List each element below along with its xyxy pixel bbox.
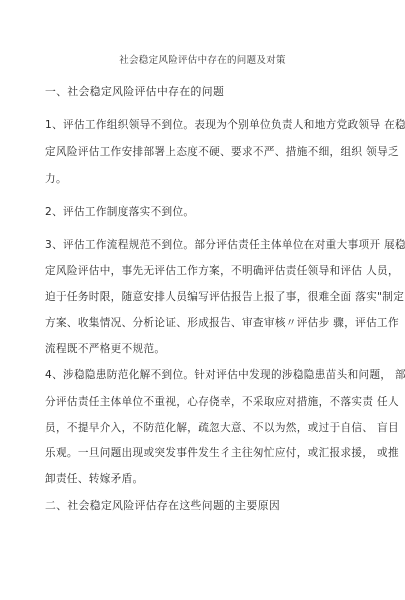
paragraph-4-line-5: 卸责任、转嫁矛盾。	[45, 472, 365, 486]
paragraph-3-line-4: 方案、收集情况、分析论证、形成报告、审查审核〃评估步 骤，评估工作	[45, 316, 365, 330]
document-page: 社会稳定风险评估中存在的问题及对策 一、社会稳定风险评估中存在的问题 1、评估工…	[0, 0, 405, 600]
paragraph-4-line-3: 员，不提早介入，不防范化解，疏忽大意、不以为然，或过于自信、 盲目	[45, 421, 365, 435]
paragraph-3-line-3: 迫于任务时限，随意安排人员编写评估报告上报了事，很难全面 落实"制定	[45, 290, 365, 304]
paragraph-3-line-2: 定风险评估中，事先无评估工作方案，不明确评估责任领导和评估 人员，	[45, 264, 365, 278]
section-heading-1: 一、社会稳定风险评估中存在的问题	[45, 85, 365, 99]
paragraph-4-line-2: 分评估责任主体单位不重视，心存侥幸，不采取应对措施，不落实责 任人	[45, 395, 365, 409]
paragraph-4-line-1: 4、涉稳隐患防范化解不到位。针对评估中发现的涉稳隐患苗头和问题， 部	[45, 368, 365, 382]
paragraph-4-line-4: 乐观。一旦问题出现或突发事件发生彳主往匆忙应付，或汇报求援， 或推	[45, 446, 365, 460]
paragraph-3-line-1: 3、评估工作流程规范不到位。部分评估责任主体单位在对重大事项开 展稳	[45, 238, 365, 252]
section-heading-2: 二、社会稳定风险评估存在这些问题的主要原因	[45, 499, 365, 513]
paragraph-3-line-5: 流程既不严格更不规范。	[45, 342, 365, 356]
paragraph-1-line-3: 力。	[45, 172, 365, 186]
paragraph-1-line-2: 定风险评估工作安排部署上态度不硬、要求不严、措施不细，组织 领导乏	[45, 145, 365, 159]
paragraph-2-line-1: 2、评估工作制度落实不到位。	[45, 205, 365, 219]
paragraph-1-line-1: 1、评估工作组织领导不到位。表现为个别单位负责人和地方党政领导 在稳	[45, 118, 365, 132]
document-title: 社会稳定风险评估中存在的问题及对策	[0, 52, 405, 66]
